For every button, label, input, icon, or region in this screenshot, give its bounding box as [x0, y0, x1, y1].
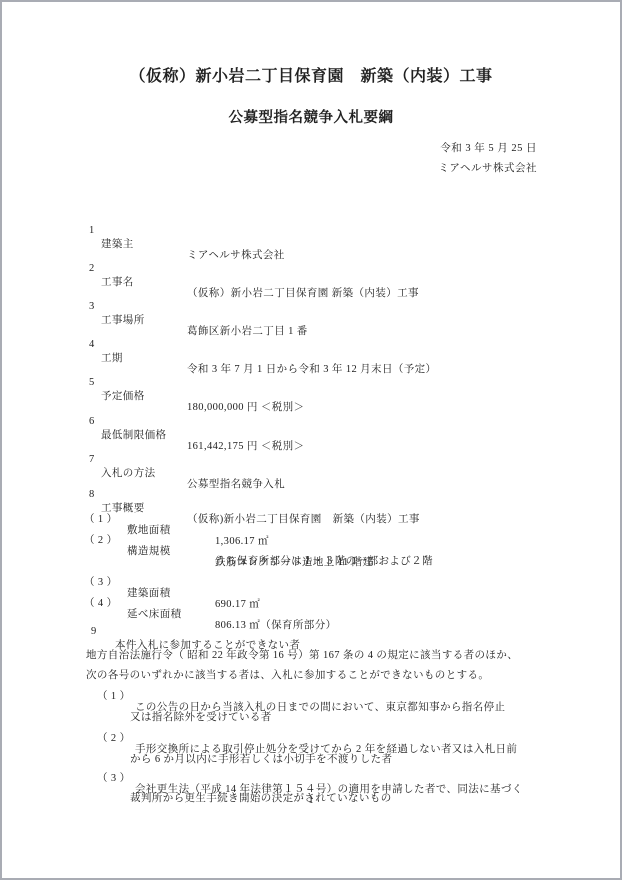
document-page: { "header": { "title": "（仮称）新小岩二丁目保育園 新築… — [0, 0, 622, 880]
item-label: 工事場所 — [101, 312, 145, 327]
item-row-project-name: 2 工事名 （仮称）新小岩二丁目保育園 新築（内装）工事 — [2, 252, 622, 269]
item-label: 最低制限価格 — [101, 427, 166, 442]
item-row-planned-price: 5 予定価格 180,000,000 円 ＜税別＞ — [2, 366, 622, 383]
item-row-minimum-price: 6 最低制限価格 161,442,175 円 ＜税別＞ — [2, 405, 622, 422]
section-number: 8 — [89, 489, 95, 500]
section8-subitem-structure-wrap: うち保育所部分は１・３階の一部および２階 — [2, 542, 622, 559]
section9-subitem2-line2: から 6 か月以内に手形若しくは小切手を不渡りした者 — [2, 740, 622, 757]
document-meta: 令和 3 年 5 月 25 日 ミアヘルサ株式会社 — [438, 139, 537, 179]
section9-header: 9 本件入札に参加することができない者 — [2, 615, 622, 632]
section8-header: 8 工事概要 （仮称)新小岩二丁目保育園 新築（内装）工事 — [2, 478, 622, 495]
section8-subitem-structure: （ 2 ） 構造規模 鉄筋コンクリート造地上 11 階建 — [2, 521, 622, 538]
item-number: 5 — [89, 377, 95, 388]
document-date: 令和 3 年 5 月 25 日 — [438, 139, 537, 159]
item-row-period: 4 工期 令和 3 年 7 月 1 日から令和 3 年 12 月末日（予定） — [2, 328, 622, 345]
section9-subitem1-line1: （ 1 ） この公告の日から当該入札の日までの間において、東京都知事から指名停止 — [2, 677, 622, 694]
section8-subitem-floor-area: （ 4 ） 延べ床面積 806.13 ㎡（保育所部分） — [2, 584, 622, 601]
section9-paragraph-line2: 次の各号のいずれかに該当する者は、入札に参加することができないものとする。 — [2, 656, 622, 673]
section8-subitem-building-area: （ 3 ） 建築面積 690.17 ㎡ — [2, 563, 622, 580]
section9-subitem1-line2: 又は指名除外を受けている者 — [2, 698, 622, 715]
item-label: 予定価格 — [101, 388, 145, 403]
item-row-builder: 1 建築主 ミアヘルサ株式会社 — [2, 214, 622, 231]
item-row-bid-method: 7 入札の方法 公募型指名競争入札 — [2, 443, 622, 460]
subitem-number: （ 4 ） — [84, 595, 118, 610]
section9-subitem2-line1: （ 2 ） 手形交換所による取引停止処分を受けてから 2 年を経過しない者又は入… — [2, 719, 622, 736]
item-label: 工事名 — [101, 274, 134, 289]
item-number: 7 — [89, 454, 95, 465]
item-label: 建築主 — [101, 236, 134, 251]
item-number: 6 — [89, 416, 95, 427]
section9-subitem3-line1: （ 3 ） 会社更生法（平成 14 年法律第１５４号）の適用を申請した者で、同法… — [2, 759, 622, 776]
section9-paragraph-line1: 地方自治法施行令（ 昭和 22 年政令第 16 号）第 167 条の 4 の規定… — [2, 636, 622, 653]
item-label: 工期 — [101, 350, 123, 365]
issuer-company: ミアヘルサ株式会社 — [438, 159, 537, 179]
item-number: 4 — [89, 339, 95, 350]
item-number: 2 — [89, 263, 95, 274]
document-subtitle: 公募型指名競争入札要綱 — [2, 106, 620, 127]
item-row-location: 3 工事場所 葛飾区新小岩二丁目 1 番 — [2, 290, 622, 307]
item-number: 3 — [89, 301, 95, 312]
item-number: 1 — [89, 225, 95, 236]
section9-subitem3-line2: 裁判所から更生手続き開始の決定がされていないもの — [2, 779, 622, 796]
section8-subitem-site-area: （ 1 ） 敷地面積 1,306.17 ㎡ — [2, 500, 622, 517]
document-title: （仮称）新小岩二丁目保育園 新築（内装）工事 — [2, 63, 620, 86]
page-number: 1 — [2, 795, 620, 806]
